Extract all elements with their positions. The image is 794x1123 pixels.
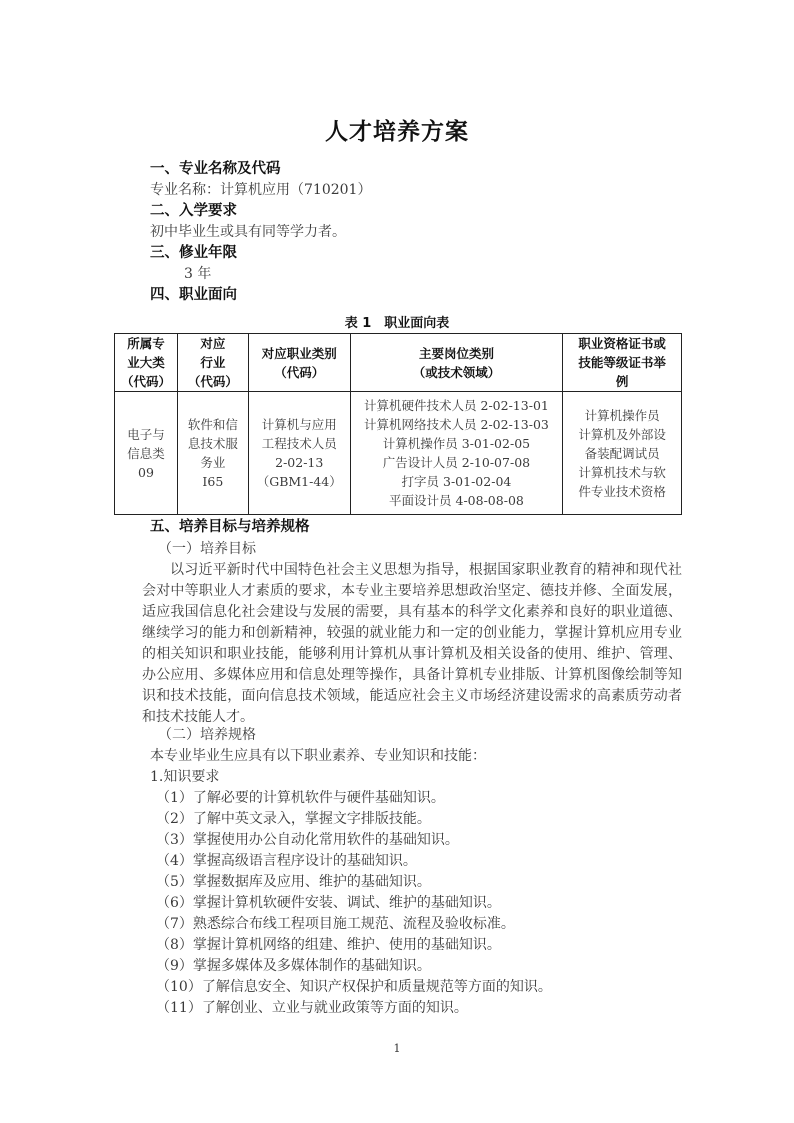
career-orientation-table: 所属专 业大类 （代码） 对应 行业 （代码） 对应职业类别 （代码） 主要岗位… (114, 333, 682, 515)
cell-main-positions: 计算机硬件技术人员 2-02-13-01 计算机网络技术人员 2-02-13-0… (350, 392, 563, 515)
header-main-positions: 主要岗位类别 （或技术领域） (350, 334, 563, 392)
cell-major-category: 电子与 信息类 09 (115, 392, 178, 515)
knowledge-heading: 1.知识要求 (150, 767, 219, 787)
knowledge-item: （7）熟悉综合布线工程项目施工规范、流程及验收标准。 (156, 914, 515, 934)
knowledge-item: （5）掌握数据库及应用、维护的基础知识。 (156, 872, 431, 892)
page-number: 1 (0, 1042, 794, 1055)
training-goal-paragraph: 以习近平新时代中国特色社会主义思想为指导，根据国家职业教育的精神和现代社会对中等… (142, 560, 682, 728)
subsection-training-spec: （二）培养规格 (158, 725, 256, 745)
section-5-heading: 五、培养目标与培养规格 (150, 517, 310, 537)
section-1-body: 专业名称：计算机应用（710201） (150, 180, 371, 200)
header-major-category: 所属专 业大类 （代码） (115, 334, 178, 392)
section-2-body: 初中毕业生或具有同等学力者。 (150, 222, 346, 242)
section-4-heading: 四、职业面向 (150, 285, 237, 305)
cell-occupation-category: 计算机与应用 工程技术人员 2-02-13 （GBM1-44） (248, 392, 350, 515)
spec-intro: 本专业毕业生应具有以下职业素养、专业知识和技能： (150, 746, 486, 766)
header-occupation-category: 对应职业类别 （代码） (248, 334, 350, 392)
section-3-body: 3 年 (184, 264, 211, 284)
knowledge-item: （11）了解创业、立业与就业政策等方面的知识。 (156, 998, 468, 1018)
section-2-heading: 二、入学要求 (150, 201, 237, 221)
table-caption: 表 1 职业面向表 (0, 312, 794, 331)
document-page: 人才培养方案 一、专业名称及代码 专业名称：计算机应用（710201） 二、入学… (0, 0, 794, 1123)
section-3-heading: 三、修业年限 (150, 243, 237, 263)
cell-certificates: 计算机操作员 计算机及外部设 备装配调试员 计算机技术与软 件专业技术资格 (563, 392, 682, 515)
subsection-training-goal: （一）培养目标 (158, 539, 256, 559)
knowledge-item: （10）了解信息安全、知识产权保护和质量规范等方面的知识。 (156, 977, 552, 997)
table-row: 电子与 信息类 09 软件和信 息技术服 务业 I65 计算机与应用 工程技术人… (115, 392, 682, 515)
table-header-row: 所属专 业大类 （代码） 对应 行业 （代码） 对应职业类别 （代码） 主要岗位… (115, 334, 682, 392)
section-1-heading: 一、专业名称及代码 (150, 159, 281, 179)
header-industry: 对应 行业 （代码） (177, 334, 248, 392)
header-certificates: 职业资格证书或 技能等级证书举 例 (563, 334, 682, 392)
knowledge-item: （9）掌握多媒体及多媒体制作的基础知识。 (156, 956, 431, 976)
knowledge-item: （2）了解中英文录入，掌握文字排版技能。 (156, 809, 431, 829)
knowledge-item: （8）掌握计算机网络的组建、维护、使用的基础知识。 (156, 935, 501, 955)
cell-industry: 软件和信 息技术服 务业 I65 (177, 392, 248, 515)
document-title: 人才培养方案 (0, 113, 794, 146)
knowledge-item: （6）掌握计算机软硬件安装、调试、维护的基础知识。 (156, 893, 501, 913)
knowledge-item: （1）了解必要的计算机软件与硬件基础知识。 (156, 788, 445, 808)
knowledge-item: （4）掌握高级语言程序设计的基础知识。 (156, 851, 417, 871)
knowledge-item: （3）掌握使用办公自动化常用软件的基础知识。 (156, 830, 459, 850)
